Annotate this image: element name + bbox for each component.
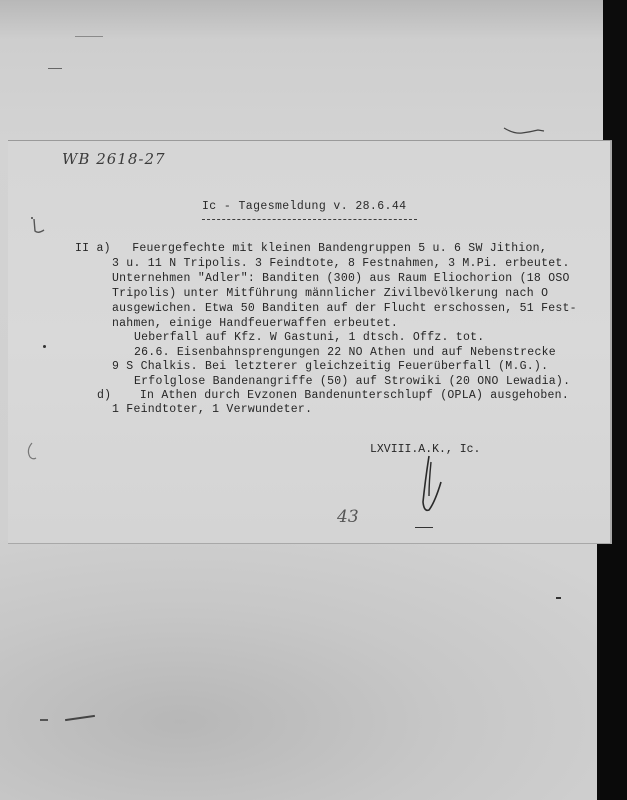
signature-dash	[415, 527, 433, 528]
page-number: 43	[337, 507, 359, 527]
report-line: 3 u. 11 N Tripolis. 3 Feindtote, 8 Festn…	[112, 257, 570, 270]
margin-mark-icon	[30, 215, 50, 237]
report-line: Tripolis) unter Mitführung männlicher Zi…	[112, 287, 548, 300]
scan-speck	[48, 68, 62, 69]
report-line: 9 S Chalkis. Bei letzterer gleichzeitig …	[112, 360, 548, 373]
report-line: II a) Feuergefechte mit kleinen Bandengr…	[75, 242, 547, 255]
archive-reference: WB 2618-27	[62, 150, 166, 168]
report-line: Ueberfall auf Kfz. W Gastuni, 1 dtsch. O…	[134, 331, 484, 344]
margin-mark-icon	[24, 440, 42, 462]
scan-speck	[75, 36, 103, 37]
scan-speck	[40, 719, 48, 721]
report-line: 26.6. Eisenbahnsprengungen 22 NO Athen u…	[134, 346, 556, 359]
signature-icon	[415, 452, 445, 520]
pencil-mark-icon	[500, 124, 548, 138]
report-line: ausgewichen. Etwa 50 Banditen auf der Fl…	[112, 302, 577, 315]
background-page-lower	[0, 540, 600, 800]
scan-speck	[43, 345, 46, 348]
report-line: Erfolglose Bandenangriffe (50) auf Strow…	[134, 375, 570, 388]
scan-speck	[556, 597, 561, 599]
title-underline	[202, 219, 417, 220]
report-line: 1 Feindtoter, 1 Verwundeter.	[112, 403, 312, 416]
report-line: nahmen, einige Handfeuerwaffen erbeutet.	[112, 317, 398, 330]
scan-edge-lower	[597, 540, 627, 800]
report-line: Unternehmen "Adler": Banditen (300) aus …	[112, 272, 570, 285]
report-line: d) In Athen durch Evzonen Bandenuntersch…	[97, 389, 569, 402]
report-title: Ic - Tagesmeldung v. 28.6.44	[202, 200, 406, 213]
